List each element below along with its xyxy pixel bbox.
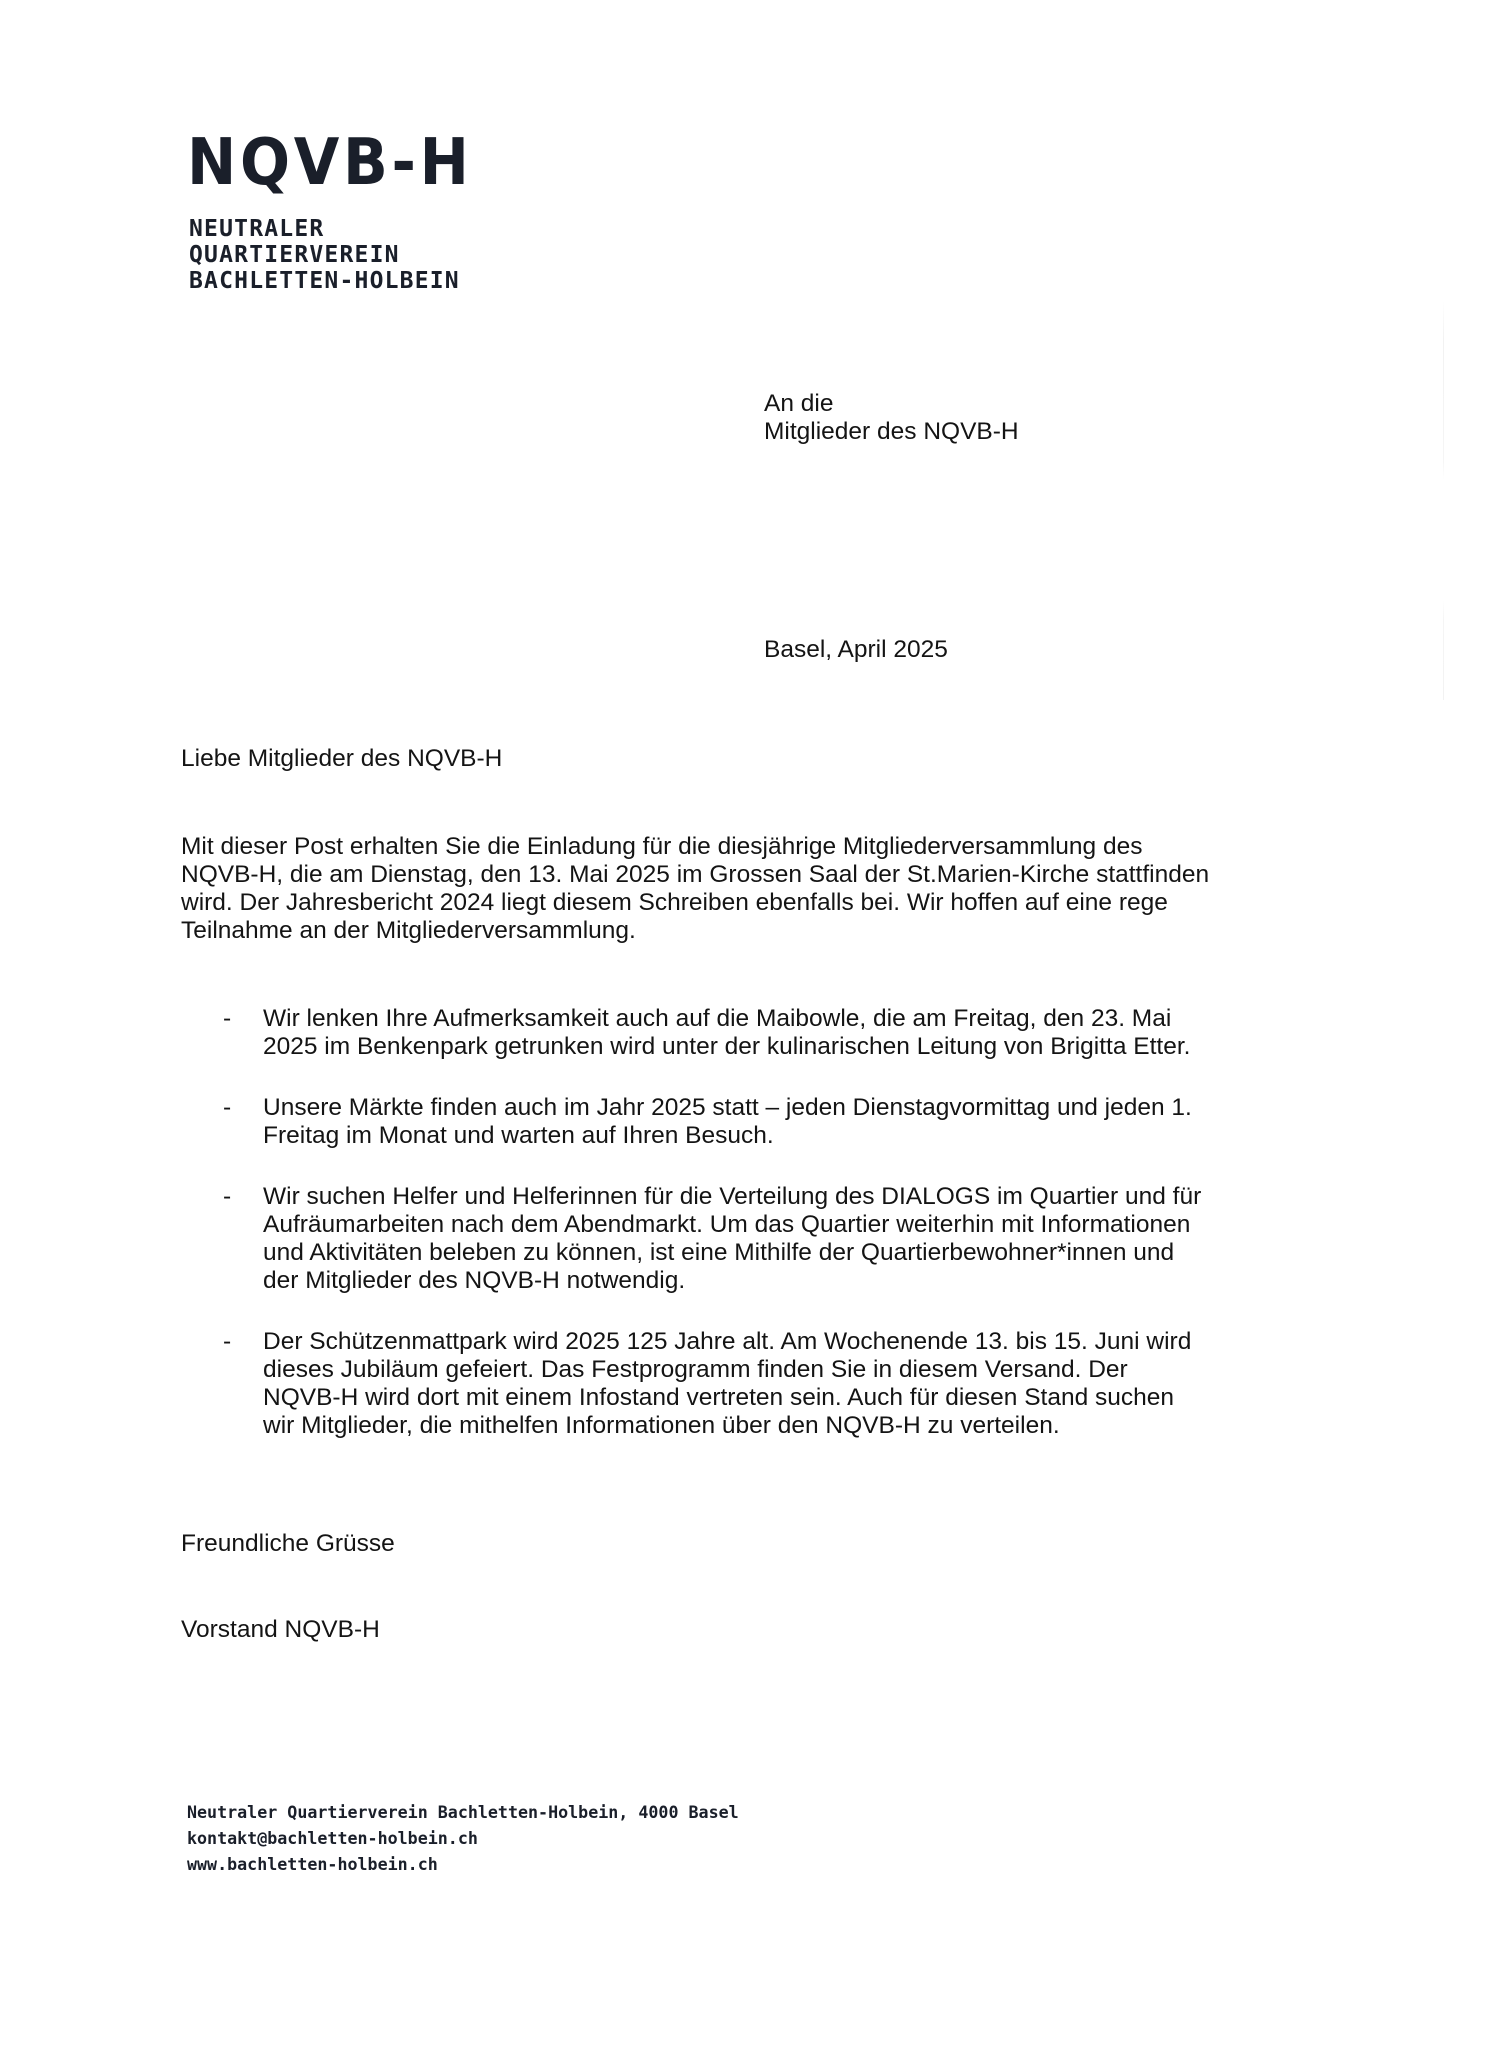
announcement-item-markets: - Unsere Märkte finden auch im Jahr 2025… [181, 1094, 1331, 1150]
closing-greeting: Freundliche Grüsse [181, 1530, 395, 1558]
announcement-item-helpers: - Wir suchen Helfer und Helferinnen für … [181, 1183, 1331, 1295]
recipient-line: Mitglieder des NQVB-H [764, 418, 1019, 446]
bullet-line: dieses Jubiläum gefeiert. Das Festprogra… [263, 1356, 1331, 1384]
paragraph-line: Mit dieser Post erhalten Sie die Einladu… [181, 833, 1209, 861]
paragraph-line: NQVB-H, die am Dienstag, den 13. Mai 202… [181, 861, 1209, 889]
organization-name-line: BACHLETTEN-HOLBEIN [189, 268, 460, 294]
bullet-line: und Aktivitäten beleben zu können, ist e… [263, 1239, 1331, 1267]
bullet-line: Wir suchen Helfer und Helferinnen für di… [263, 1183, 1331, 1211]
dash-bullet-icon: - [223, 1094, 231, 1122]
bullet-line: Unsere Märkte finden auch im Jahr 2025 s… [263, 1094, 1331, 1122]
dash-bullet-icon: - [223, 1328, 231, 1356]
bullet-line: 2025 im Benkenpark getrunken wird unter … [263, 1033, 1331, 1061]
bullet-line: NQVB-H wird dort mit einem Infostand ver… [263, 1384, 1331, 1412]
announcement-list: - Wir lenken Ihre Aufmerksamkeit auch au… [181, 1005, 1331, 1473]
letter-date: Basel, April 2025 [764, 636, 948, 664]
footer-email: kontakt@bachletten-holbein.ch [187, 1826, 739, 1852]
bullet-line: Aufräumarbeiten nach dem Abendmarkt. Um … [263, 1211, 1331, 1239]
footer-address: Neutraler Quartierverein Bachletten-Holb… [187, 1800, 739, 1826]
organization-name-line: NEUTRALER [189, 216, 460, 242]
paragraph-line: wird. Der Jahresbericht 2024 liegt diese… [181, 889, 1209, 917]
footer-contact: Neutraler Quartierverein Bachletten-Holb… [187, 1800, 739, 1878]
announcement-item-park-jubilee: - Der Schützenmattpark wird 2025 125 Jah… [181, 1328, 1331, 1440]
recipient-line: An die [764, 390, 1019, 418]
paragraph-line: Teilnahme an der Mitgliederversammlung. [181, 917, 1209, 945]
scan-artifact-line [1443, 300, 1444, 700]
bullet-line: Freitag im Monat und warten auf Ihren Be… [263, 1122, 1331, 1150]
organization-name: NEUTRALER QUARTIERVEREIN BACHLETTEN-HOLB… [189, 216, 460, 294]
organization-logo: NQVB-H [187, 128, 473, 198]
signature: Vorstand NQVB-H [181, 1616, 380, 1644]
announcement-item-maibowle: - Wir lenken Ihre Aufmerksamkeit auch au… [181, 1005, 1331, 1061]
recipient-address: An die Mitglieder des NQVB-H [764, 390, 1019, 446]
intro-paragraph: Mit dieser Post erhalten Sie die Einladu… [181, 833, 1209, 945]
bullet-line: Der Schützenmattpark wird 2025 125 Jahre… [263, 1328, 1331, 1356]
bullet-line: Wir lenken Ihre Aufmerksamkeit auch auf … [263, 1005, 1331, 1033]
bullet-line: wir Mitglieder, die mithelfen Informatio… [263, 1412, 1331, 1440]
dash-bullet-icon: - [223, 1005, 231, 1033]
bullet-line: der Mitglieder des NQVB-H notwendig. [263, 1267, 1331, 1295]
salutation: Liebe Mitglieder des NQVB-H [181, 745, 502, 773]
footer-website: www.bachletten-holbein.ch [187, 1852, 739, 1878]
dash-bullet-icon: - [223, 1183, 231, 1211]
organization-name-line: QUARTIERVEREIN [189, 242, 460, 268]
